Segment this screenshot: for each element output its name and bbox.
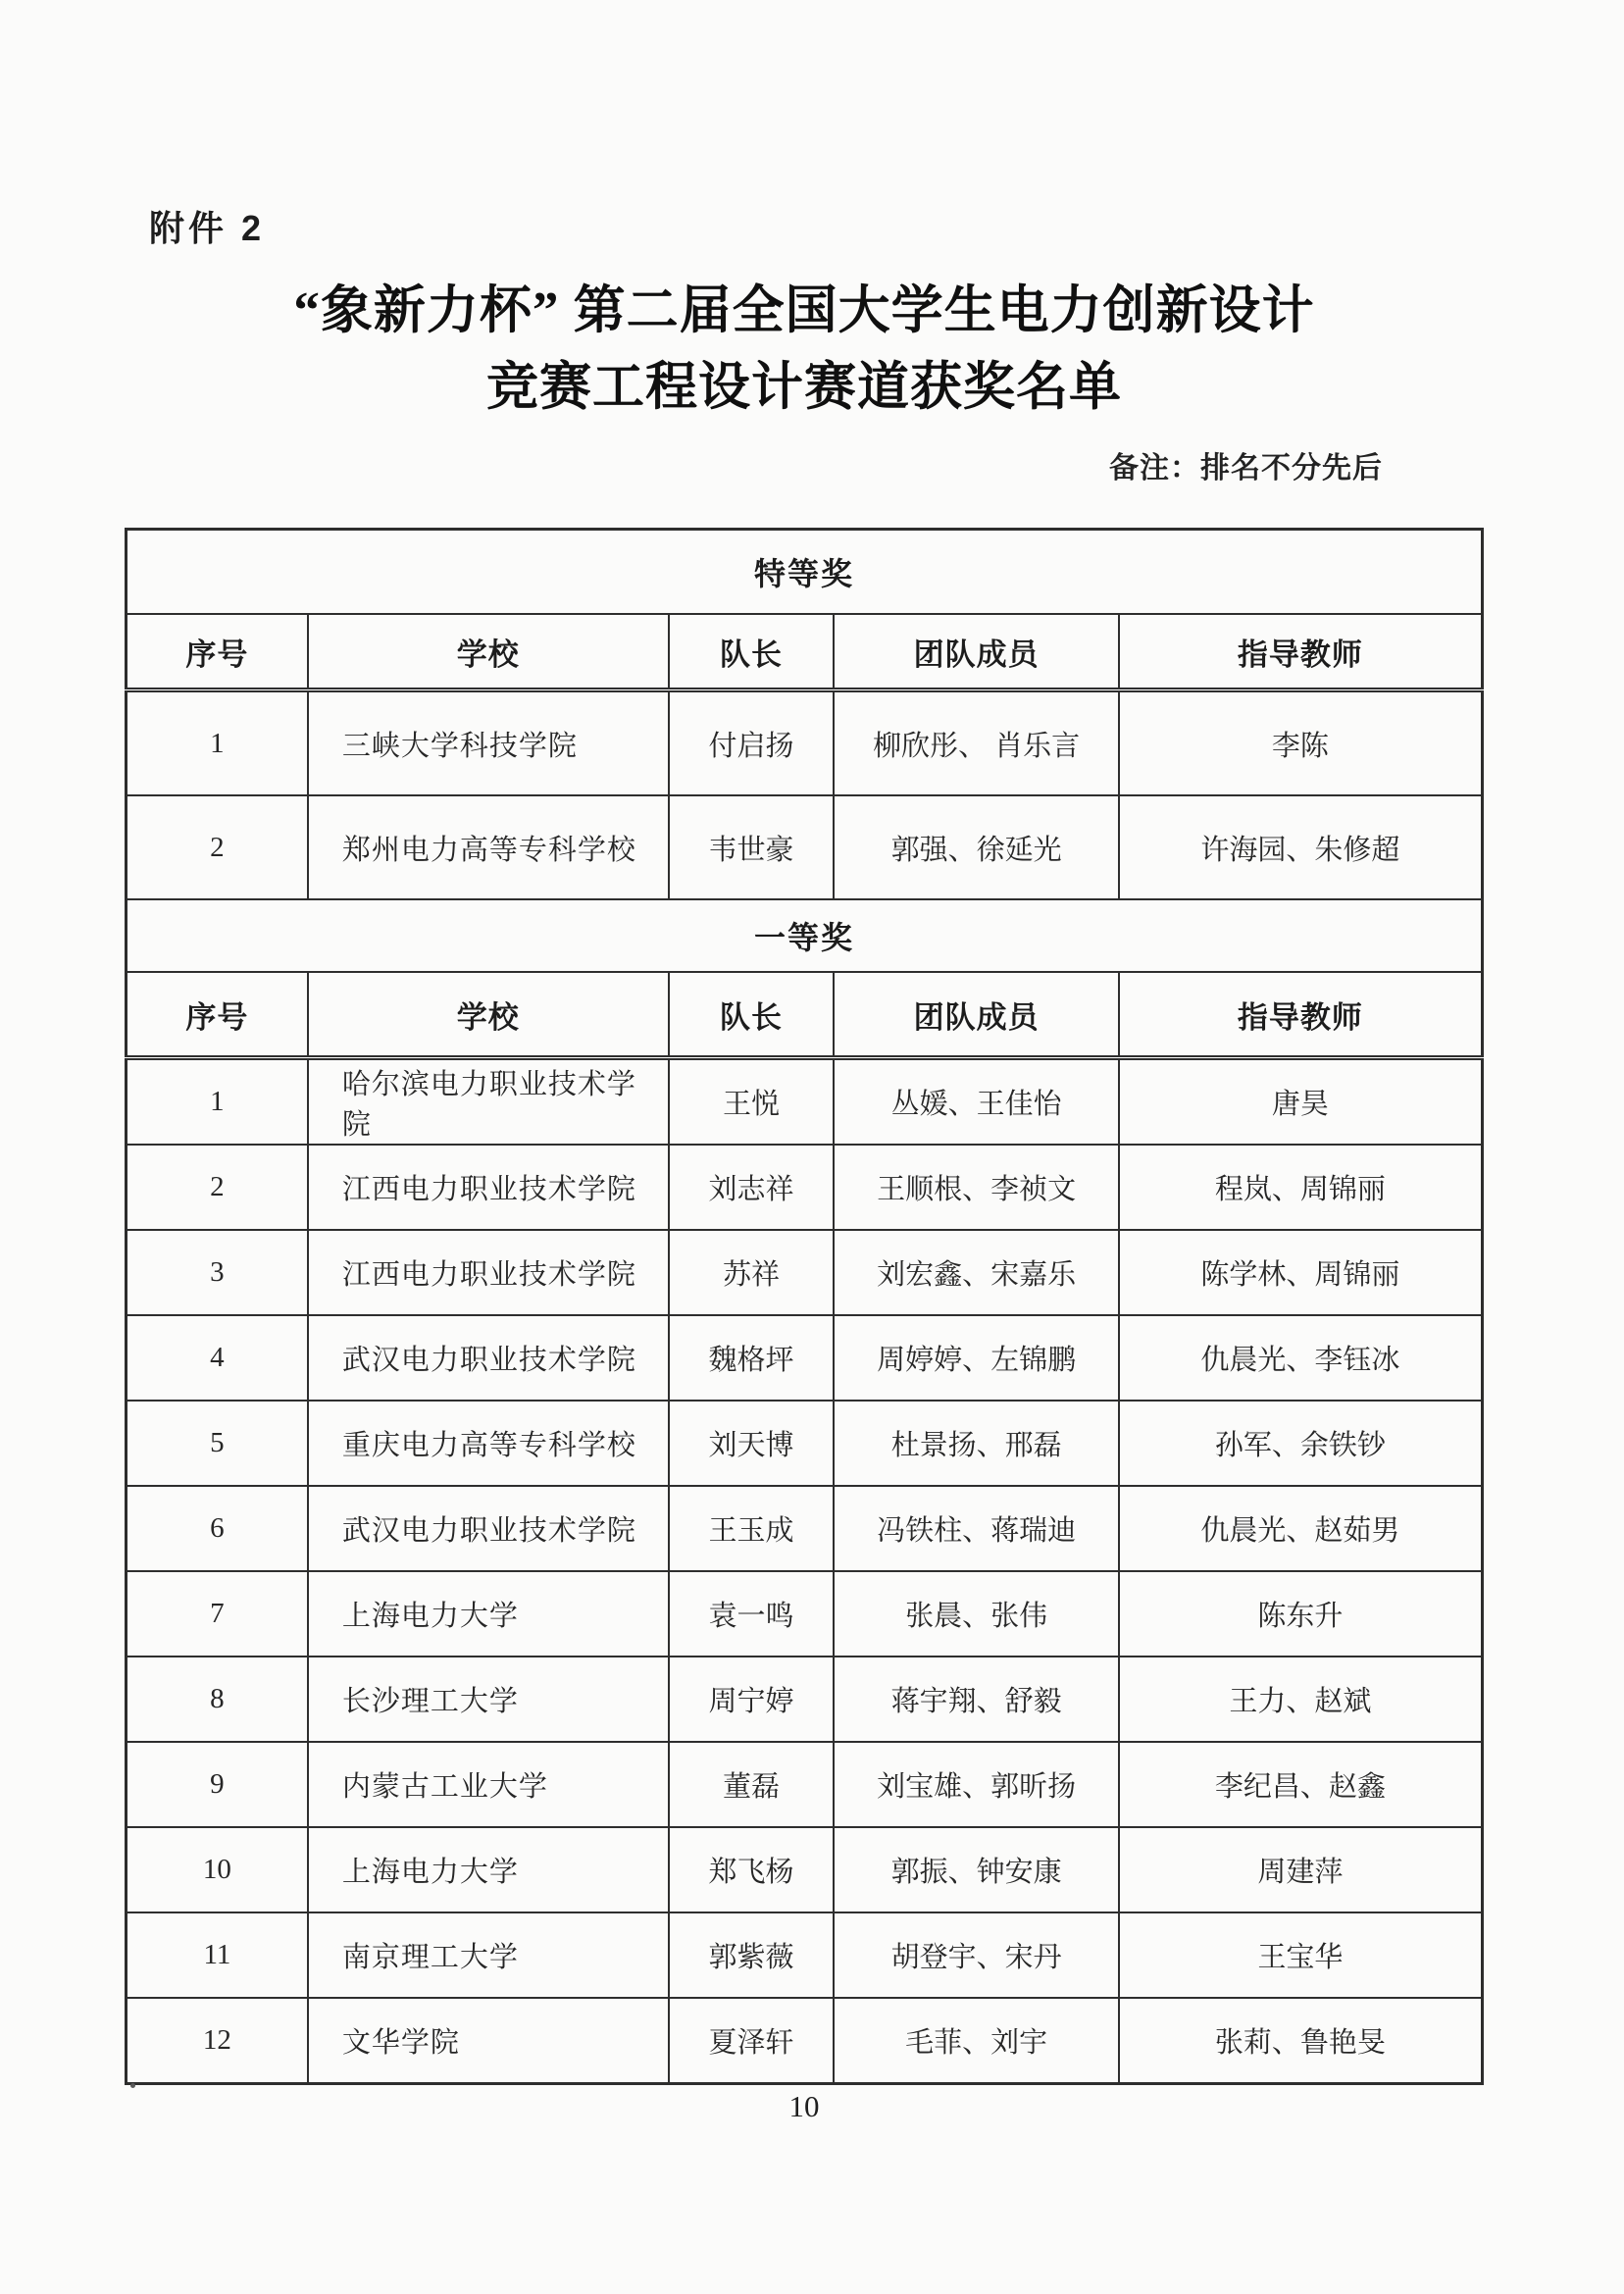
cell-advisors: 仇晨光、李钰冰	[1119, 1315, 1483, 1401]
cell-school: 郑州电力高等专科学校	[308, 795, 669, 899]
cell-advisors: 唐昊	[1119, 1058, 1483, 1146]
cell-index: 5	[127, 1401, 308, 1486]
cell-school: 内蒙古工业大学	[308, 1742, 669, 1827]
column-header-row: 序号学校队长团队成员指导教师	[127, 614, 1483, 690]
cell-leader: 刘天博	[669, 1401, 835, 1486]
document-page: 附件 2 “象新力杯” 第二届全国大学生电力创新设计 竞赛工程设计赛道获奖名单 …	[0, 0, 1624, 2294]
title-line-1: “象新力杯” 第二届全国大学生电力创新设计	[125, 273, 1484, 349]
cell-index: 4	[127, 1315, 308, 1401]
table-row: 1哈尔滨电力职业技术学院王悦丛媛、王佳怡唐昊	[127, 1058, 1483, 1146]
table-row: 9内蒙古工业大学董磊刘宝雄、郭昕扬李纪昌、赵鑫	[127, 1742, 1483, 1827]
cell-members: 周婷婷、左锦鹏	[834, 1315, 1118, 1401]
cell-leader: 刘志祥	[669, 1145, 835, 1230]
cell-advisors: 孙军、余铁钞	[1119, 1401, 1483, 1486]
cell-members: 王顺根、李祯文	[834, 1145, 1118, 1230]
cell-school: 三峡大学科技学院	[308, 690, 669, 796]
cell-advisors: 许海园、朱修超	[1119, 795, 1483, 899]
cell-advisors: 程岚、周锦丽	[1119, 1145, 1483, 1230]
cell-index: 10	[127, 1827, 308, 1912]
table-row: 10上海电力大学郑飞杨郭振、钟安康周建萍	[127, 1827, 1483, 1912]
table-row: 6武汉电力职业技术学院王玉成冯铁柱、蒋瑞迪仇晨光、赵茹男	[127, 1486, 1483, 1571]
cell-school: 南京理工大学	[308, 1912, 669, 1998]
cell-leader: 袁一鸣	[669, 1571, 835, 1657]
cell-members: 张晨、张伟	[834, 1571, 1118, 1657]
cell-school: 江西电力职业技术学院	[308, 1230, 669, 1315]
column-header: 团队成员	[834, 972, 1118, 1058]
table-row: 5重庆电力高等专科学校刘天博杜景扬、邢磊孙军、余铁钞	[127, 1401, 1483, 1486]
cell-leader: 韦世豪	[669, 795, 835, 899]
title-line-2: 竞赛工程设计赛道获奖名单	[125, 349, 1484, 426]
table-row: 11南京理工大学郭紫薇胡登宇、宋丹王宝华	[127, 1912, 1483, 1998]
column-header: 序号	[127, 614, 308, 690]
cell-members: 柳欣彤、 肖乐言	[834, 690, 1118, 796]
cell-members: 胡登宇、宋丹	[834, 1912, 1118, 1998]
column-header-row: 序号学校队长团队成员指导教师	[127, 972, 1483, 1058]
cell-advisors: 陈学林、周锦丽	[1119, 1230, 1483, 1315]
cell-index: 11	[127, 1912, 308, 1998]
cell-leader: 郭紫薇	[669, 1912, 835, 1998]
cell-school: 文华学院	[308, 1998, 669, 2084]
award-table: 特等奖序号学校队长团队成员指导教师1三峡大学科技学院付启扬柳欣彤、 肖乐言李陈2…	[125, 528, 1484, 2085]
cell-leader: 周宁婷	[669, 1657, 835, 1742]
cell-index: 8	[127, 1657, 308, 1742]
column-header: 学校	[308, 614, 669, 690]
cell-leader: 董磊	[669, 1742, 835, 1827]
cell-leader: 夏泽轩	[669, 1998, 835, 2084]
cell-advisors: 周建萍	[1119, 1827, 1483, 1912]
ranking-note: 备注：排名不分先后	[1109, 443, 1383, 486]
cell-index: 9	[127, 1742, 308, 1827]
cell-advisors: 李陈	[1119, 690, 1483, 796]
cell-members: 郭振、钟安康	[834, 1827, 1118, 1912]
column-header: 队长	[669, 614, 835, 690]
table-row: 3江西电力职业技术学院苏祥刘宏鑫、宋嘉乐陈学林、周锦丽	[127, 1230, 1483, 1315]
cell-index: 2	[127, 795, 308, 899]
cell-index: 2	[127, 1145, 308, 1230]
cell-school: 武汉电力职业技术学院	[308, 1486, 669, 1571]
table-row: 8长沙理工大学周宁婷蒋宇翔、舒毅王力、赵斌	[127, 1657, 1483, 1742]
award-band-label: 特等奖	[127, 530, 1483, 615]
column-header: 指导教师	[1119, 614, 1483, 690]
cell-index: 1	[127, 690, 308, 796]
cell-advisors: 王宝华	[1119, 1912, 1483, 1998]
cell-advisors: 张莉、鲁艳旻	[1119, 1998, 1483, 2084]
cell-advisors: 李纪昌、赵鑫	[1119, 1742, 1483, 1827]
column-header: 团队成员	[834, 614, 1118, 690]
cell-school: 重庆电力高等专科学校	[308, 1401, 669, 1486]
cell-school: 江西电力职业技术学院	[308, 1145, 669, 1230]
cell-advisors: 仇晨光、赵茹男	[1119, 1486, 1483, 1571]
column-header: 队长	[669, 972, 835, 1058]
table-row: 12文华学院夏泽轩毛菲、刘宇张莉、鲁艳旻	[127, 1998, 1483, 2084]
cell-members: 冯铁柱、蒋瑞迪	[834, 1486, 1118, 1571]
table-row: 4武汉电力职业技术学院魏格坪周婷婷、左锦鹏仇晨光、李钰冰	[127, 1315, 1483, 1401]
cell-members: 丛媛、王佳怡	[834, 1058, 1118, 1146]
cell-index: 7	[127, 1571, 308, 1657]
cell-leader: 王悦	[669, 1058, 835, 1146]
cell-index: 1	[127, 1058, 308, 1146]
column-header: 序号	[127, 972, 308, 1058]
cell-leader: 付启扬	[669, 690, 835, 796]
cell-members: 刘宏鑫、宋嘉乐	[834, 1230, 1118, 1315]
cell-school: 武汉电力职业技术学院	[308, 1315, 669, 1401]
document-title: “象新力杯” 第二届全国大学生电力创新设计 竞赛工程设计赛道获奖名单	[125, 273, 1484, 426]
table-row: 7上海电力大学袁一鸣张晨、张伟陈东升	[127, 1571, 1483, 1657]
award-band-row: 一等奖	[127, 899, 1483, 972]
table-row: 2江西电力职业技术学院刘志祥王顺根、李祯文程岚、周锦丽	[127, 1145, 1483, 1230]
cell-advisors: 陈东升	[1119, 1571, 1483, 1657]
column-header: 学校	[308, 972, 669, 1058]
cell-leader: 魏格坪	[669, 1315, 835, 1401]
cell-members: 毛菲、刘宇	[834, 1998, 1118, 2084]
cell-index: 12	[127, 1998, 308, 2084]
cell-members: 刘宝雄、郭昕扬	[834, 1742, 1118, 1827]
cell-index: 6	[127, 1486, 308, 1571]
cell-leader: 郑飞杨	[669, 1827, 835, 1912]
cell-members: 蒋宇翔、舒毅	[834, 1657, 1118, 1742]
attachment-label: 附件 2	[149, 201, 265, 251]
cell-leader: 王玉成	[669, 1486, 835, 1571]
award-band-label: 一等奖	[127, 899, 1483, 972]
award-band-row: 特等奖	[127, 530, 1483, 615]
page-number: 10	[125, 2089, 1484, 2124]
cell-members: 杜景扬、邢磊	[834, 1401, 1118, 1486]
cell-school: 哈尔滨电力职业技术学院	[308, 1058, 669, 1146]
cell-advisors: 王力、赵斌	[1119, 1657, 1483, 1742]
cell-school: 长沙理工大学	[308, 1657, 669, 1742]
cell-members: 郭强、徐延光	[834, 795, 1118, 899]
column-header: 指导教师	[1119, 972, 1483, 1058]
table-row: 2郑州电力高等专科学校韦世豪郭强、徐延光许海园、朱修超	[127, 795, 1483, 899]
cell-school: 上海电力大学	[308, 1827, 669, 1912]
table-row: 1三峡大学科技学院付启扬柳欣彤、 肖乐言李陈	[127, 690, 1483, 796]
cell-index: 3	[127, 1230, 308, 1315]
cell-leader: 苏祥	[669, 1230, 835, 1315]
cell-school: 上海电力大学	[308, 1571, 669, 1657]
scan-artifact-dot	[130, 2083, 135, 2088]
